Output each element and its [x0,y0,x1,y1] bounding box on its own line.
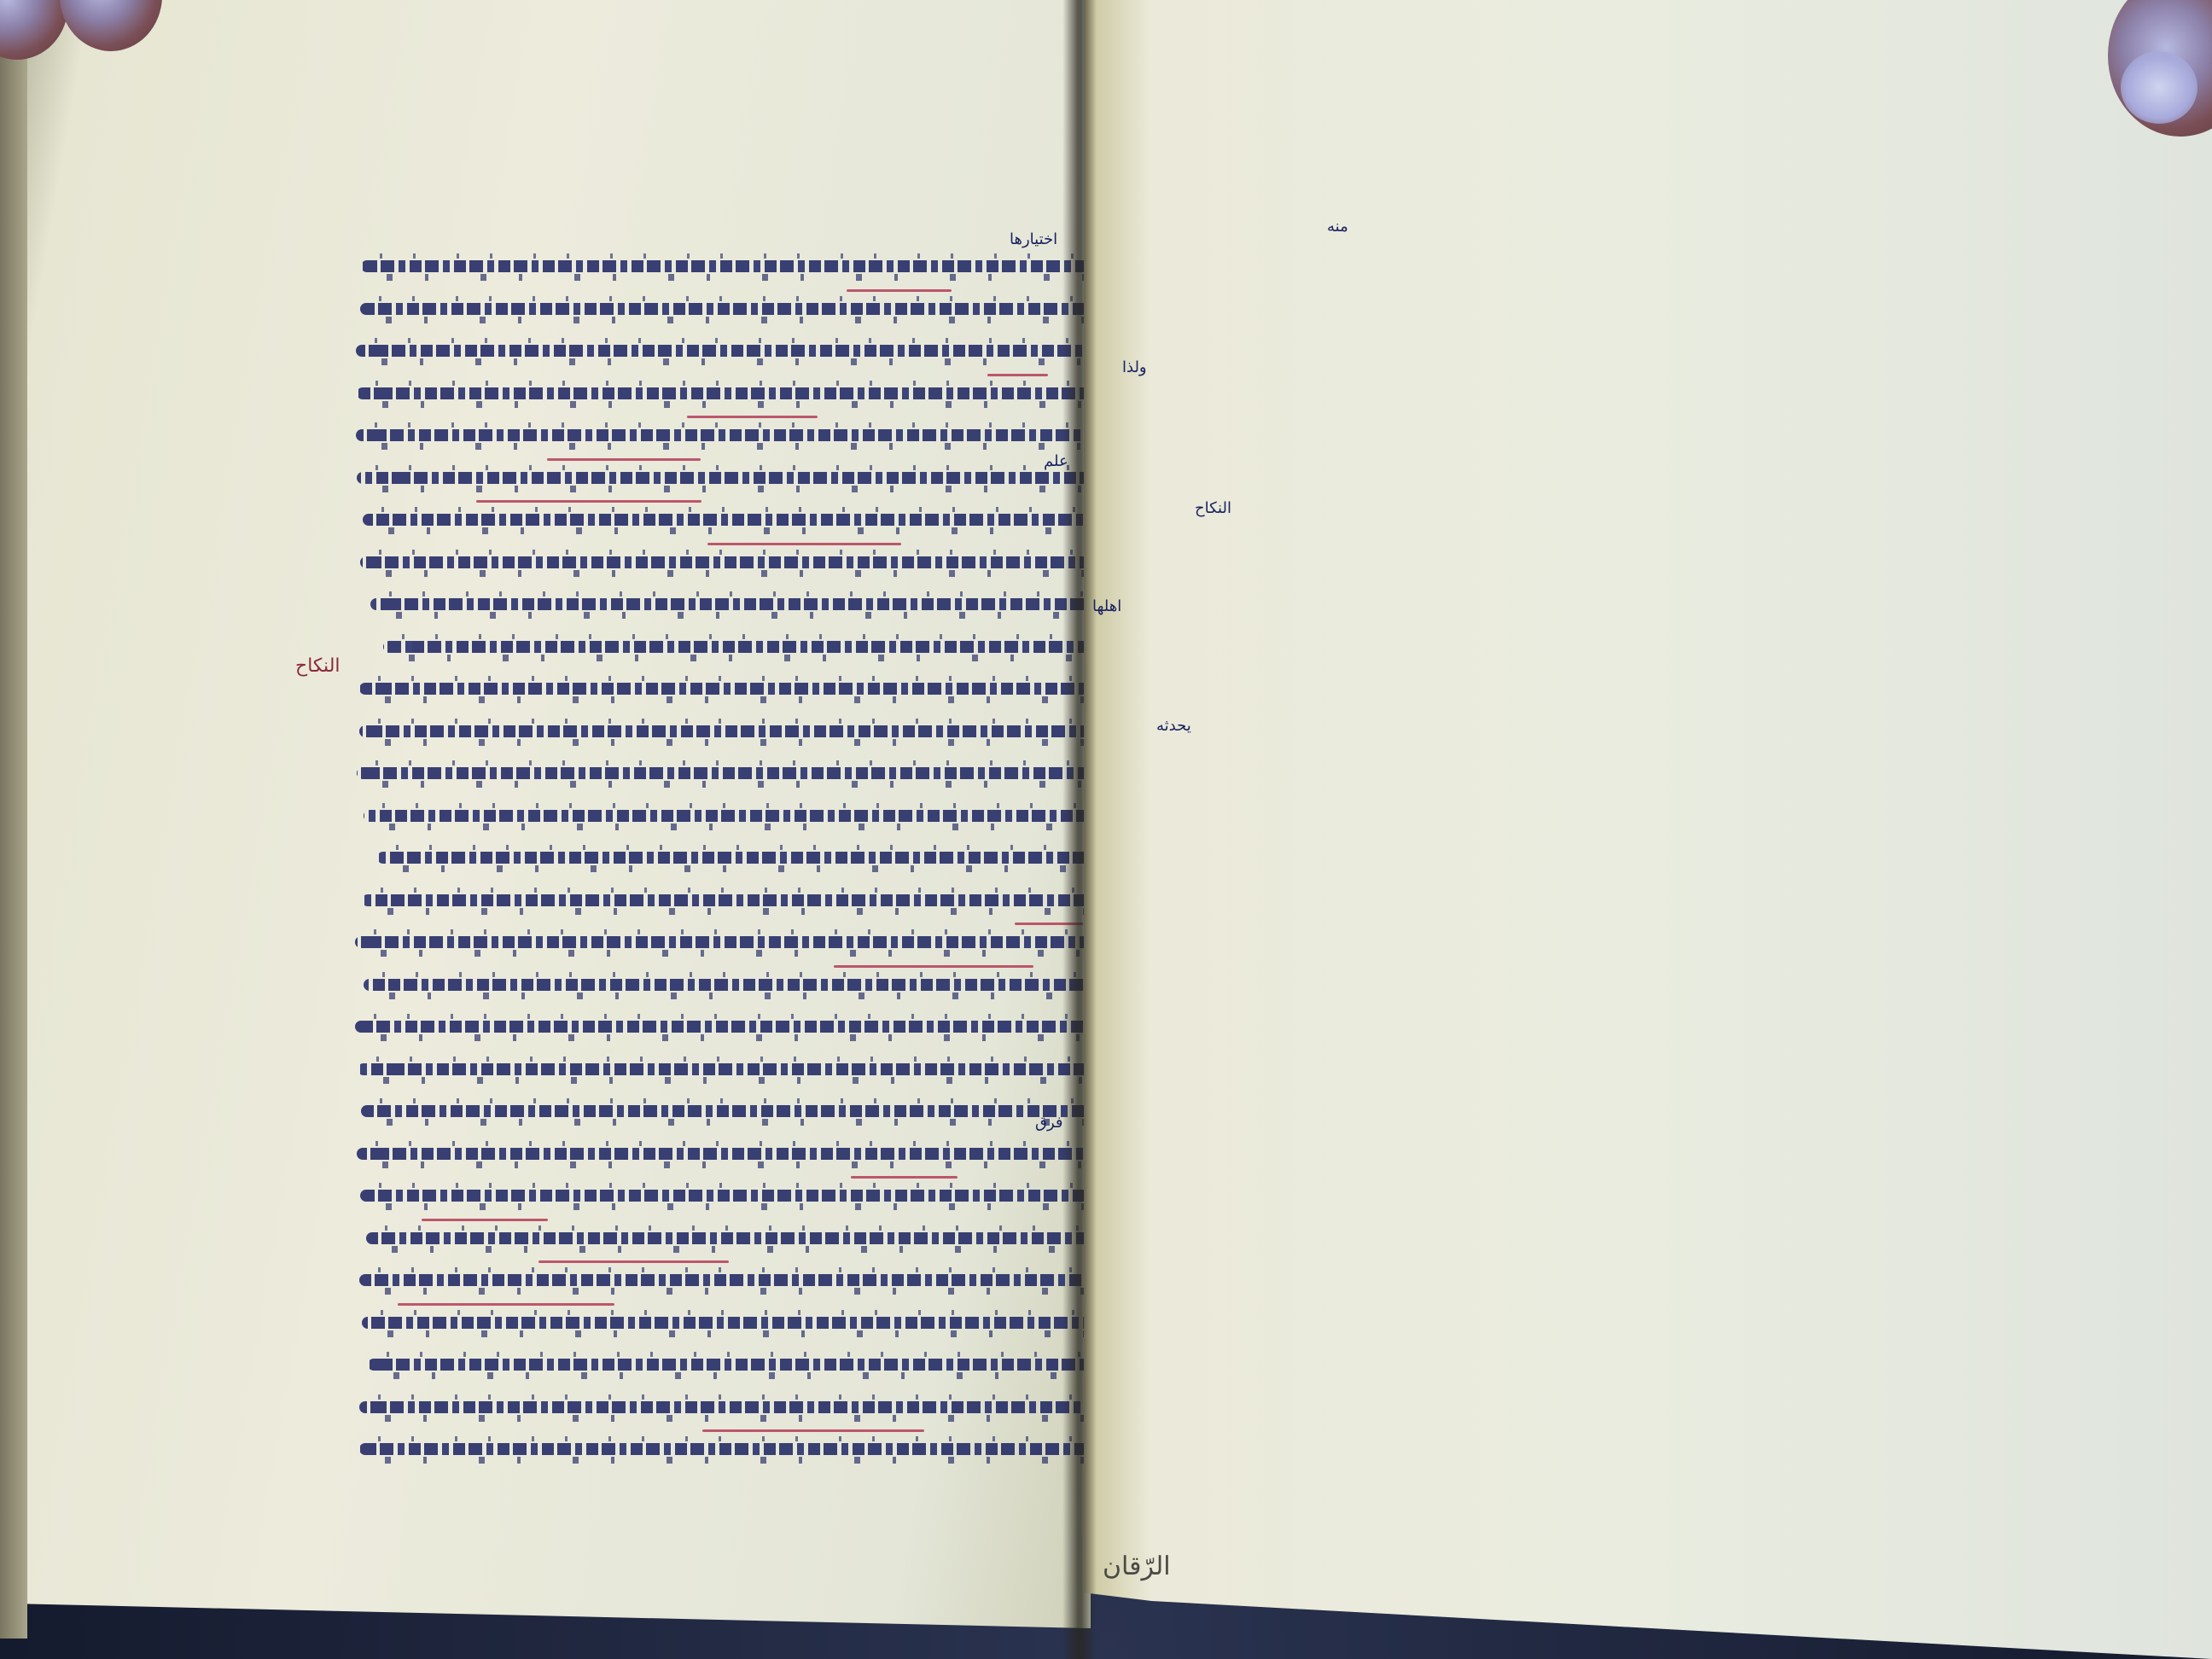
manuscript-line [355,463,1089,492]
manuscript-line [355,674,1089,703]
manuscript-line [355,1139,1089,1168]
ink-script [363,514,1089,526]
ink-script [383,641,1089,653]
manuscript-line [355,843,1089,872]
ink-script [362,1317,1089,1329]
manuscript-line [355,1181,1089,1210]
left-gloss-1: اختيارها [1010,230,1057,248]
left-page: النكاح اختيارها علم فرق [24,0,1091,1628]
manuscript-line [355,1055,1089,1084]
ink-script [357,472,1089,484]
manuscript-line [355,421,1089,450]
ink-script [361,1105,1089,1117]
manuscript-line [355,1012,1089,1041]
ink-script [364,810,1089,822]
manuscript-line [355,928,1089,957]
rubric-overline [476,500,701,503]
manuscript-line [355,886,1089,915]
manuscript-line [355,1435,1089,1464]
ink-script [362,894,1089,906]
right-gloss-4: يحدثه [1156,717,1191,735]
ink-script [355,936,1089,948]
ink-script [357,767,1089,779]
manuscript-line [355,590,1089,619]
right-thumbnail [2121,51,2197,124]
manuscript-line [355,548,1089,577]
manuscript-line [355,632,1089,661]
ink-script [357,1148,1089,1160]
ink-script [370,598,1089,610]
manuscript-line [355,801,1089,830]
rubric-overline [398,1303,614,1306]
manuscript-line [355,1308,1089,1337]
manuscript-line [355,379,1089,408]
ink-script [368,1359,1089,1371]
right-gloss-3: اهلها [1092,597,1121,615]
rubric-overline [847,289,952,292]
pencil-annotation: الرّقان [1103,1551,1171,1581]
ink-script [356,345,1089,357]
manuscript-page-edges [0,51,27,1639]
rubric-overline [834,965,1034,968]
manuscript-line [355,970,1089,999]
rubric-overline [538,1260,729,1263]
manuscript-line [355,1097,1089,1126]
ink-script [358,1063,1089,1075]
manuscript-line [355,759,1089,788]
right-gloss-1: منه [1327,218,1348,236]
ink-script [356,429,1089,441]
rubric-overline [987,374,1048,376]
manuscript-line [355,717,1089,746]
ink-script [355,1021,1089,1033]
rubric-overline [547,458,701,461]
ink-script [360,1190,1089,1202]
book-spine [1062,0,1097,1659]
right-gloss-2: ولذا [1122,358,1147,376]
ink-script [364,979,1089,991]
rubric-overline [707,543,901,545]
manuscript-line [355,1266,1089,1295]
rubric-overline [702,1429,923,1432]
ink-script [360,303,1089,315]
manuscript-line [355,1393,1089,1422]
ink-script [359,683,1089,695]
left-margin-note: النكاح [295,655,341,677]
manuscript-line [355,505,1089,534]
ink-script [359,1274,1089,1286]
ink-script [361,260,1089,272]
rubric-overline [687,416,817,418]
ink-script [359,1401,1089,1413]
right-page: منه ولذا اهلها يحدثه النكاح [1084,0,2212,1659]
manuscript-line [355,294,1089,323]
manuscript-line [355,252,1089,281]
ink-script [359,725,1089,737]
left-gloss-3: فرق [1035,1114,1063,1132]
ink-script [377,852,1089,864]
manuscript-line [355,1350,1089,1379]
ink-script [359,1443,1089,1455]
rubric-overline [422,1219,549,1221]
manuscript-line [355,336,1089,365]
ink-script [360,556,1089,568]
ink-script [366,1232,1089,1244]
rubric-overline [851,1176,958,1179]
left-text-block [355,252,1089,1464]
right-gloss-5: النكاح [1195,499,1231,517]
manuscript-line [355,1224,1089,1253]
ink-script [357,387,1089,399]
